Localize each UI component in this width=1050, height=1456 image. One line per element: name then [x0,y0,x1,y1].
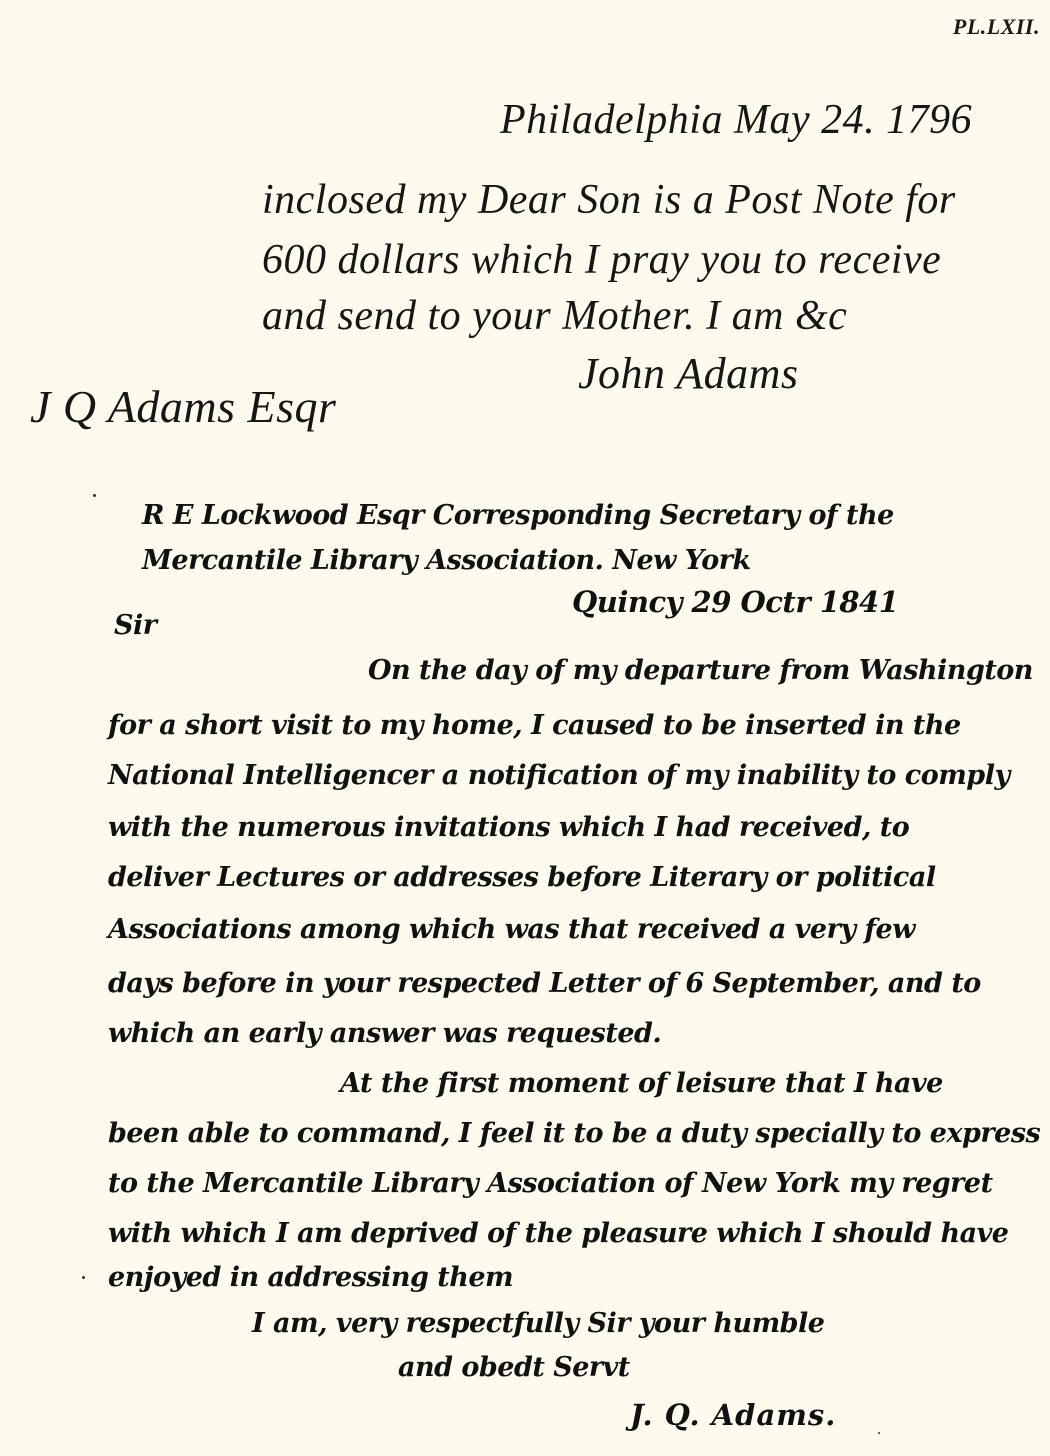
signature: J. Q. Adams. [630,1398,836,1432]
closing-line: and obedt Servt [398,1352,630,1383]
ink-speck [878,1432,880,1434]
dateline: Philadelphia May 24. 1796 [500,96,972,144]
body-line: Associations among which was that receiv… [108,914,915,945]
salutation: Sir [114,610,156,641]
signature: John Adams [578,348,799,399]
body-line: enjoyed in addressing them [108,1262,513,1293]
body-line: for a short visit to my home, I caused t… [108,710,961,741]
body-line: At the first moment of leisure that I ha… [340,1068,943,1099]
ink-speck [82,1276,85,1279]
heading-line: Mercantile Library Association. New York [142,545,751,576]
ink-speck [93,494,96,497]
body-line: been able to command, I feel it to be a … [108,1118,1040,1149]
body-line: days before in your respected Letter of … [108,968,981,999]
letter-line: inclosed my Dear Son is a Post Note for [262,176,956,224]
body-line: which an early answer was requested. [108,1018,661,1049]
body-line: On the day of my departure from Washingt… [368,655,1033,686]
heading-line: R E Lockwood Esqr Corresponding Secretar… [142,500,894,531]
addressee: J Q Adams Esqr [30,380,336,433]
body-line: National Intelligencer a notification of… [108,760,1010,791]
plate-label: PL.LXII. [953,14,1040,40]
letter-line: and send to your Mother. I am &c [262,292,847,340]
body-line: with which I am deprived of the pleasure… [108,1218,1008,1249]
dateline: Quincy 29 Octr 1841 [572,585,898,619]
letter-line: 600 dollars which I pray you to receive [262,236,941,284]
body-line: deliver Lectures or addresses before Lit… [108,862,936,893]
closing-line: I am, very respectfully Sir your humble [252,1308,824,1339]
body-line: to the Mercantile Library Association of… [108,1168,993,1199]
body-line: with the numerous invitations which I ha… [108,812,909,843]
